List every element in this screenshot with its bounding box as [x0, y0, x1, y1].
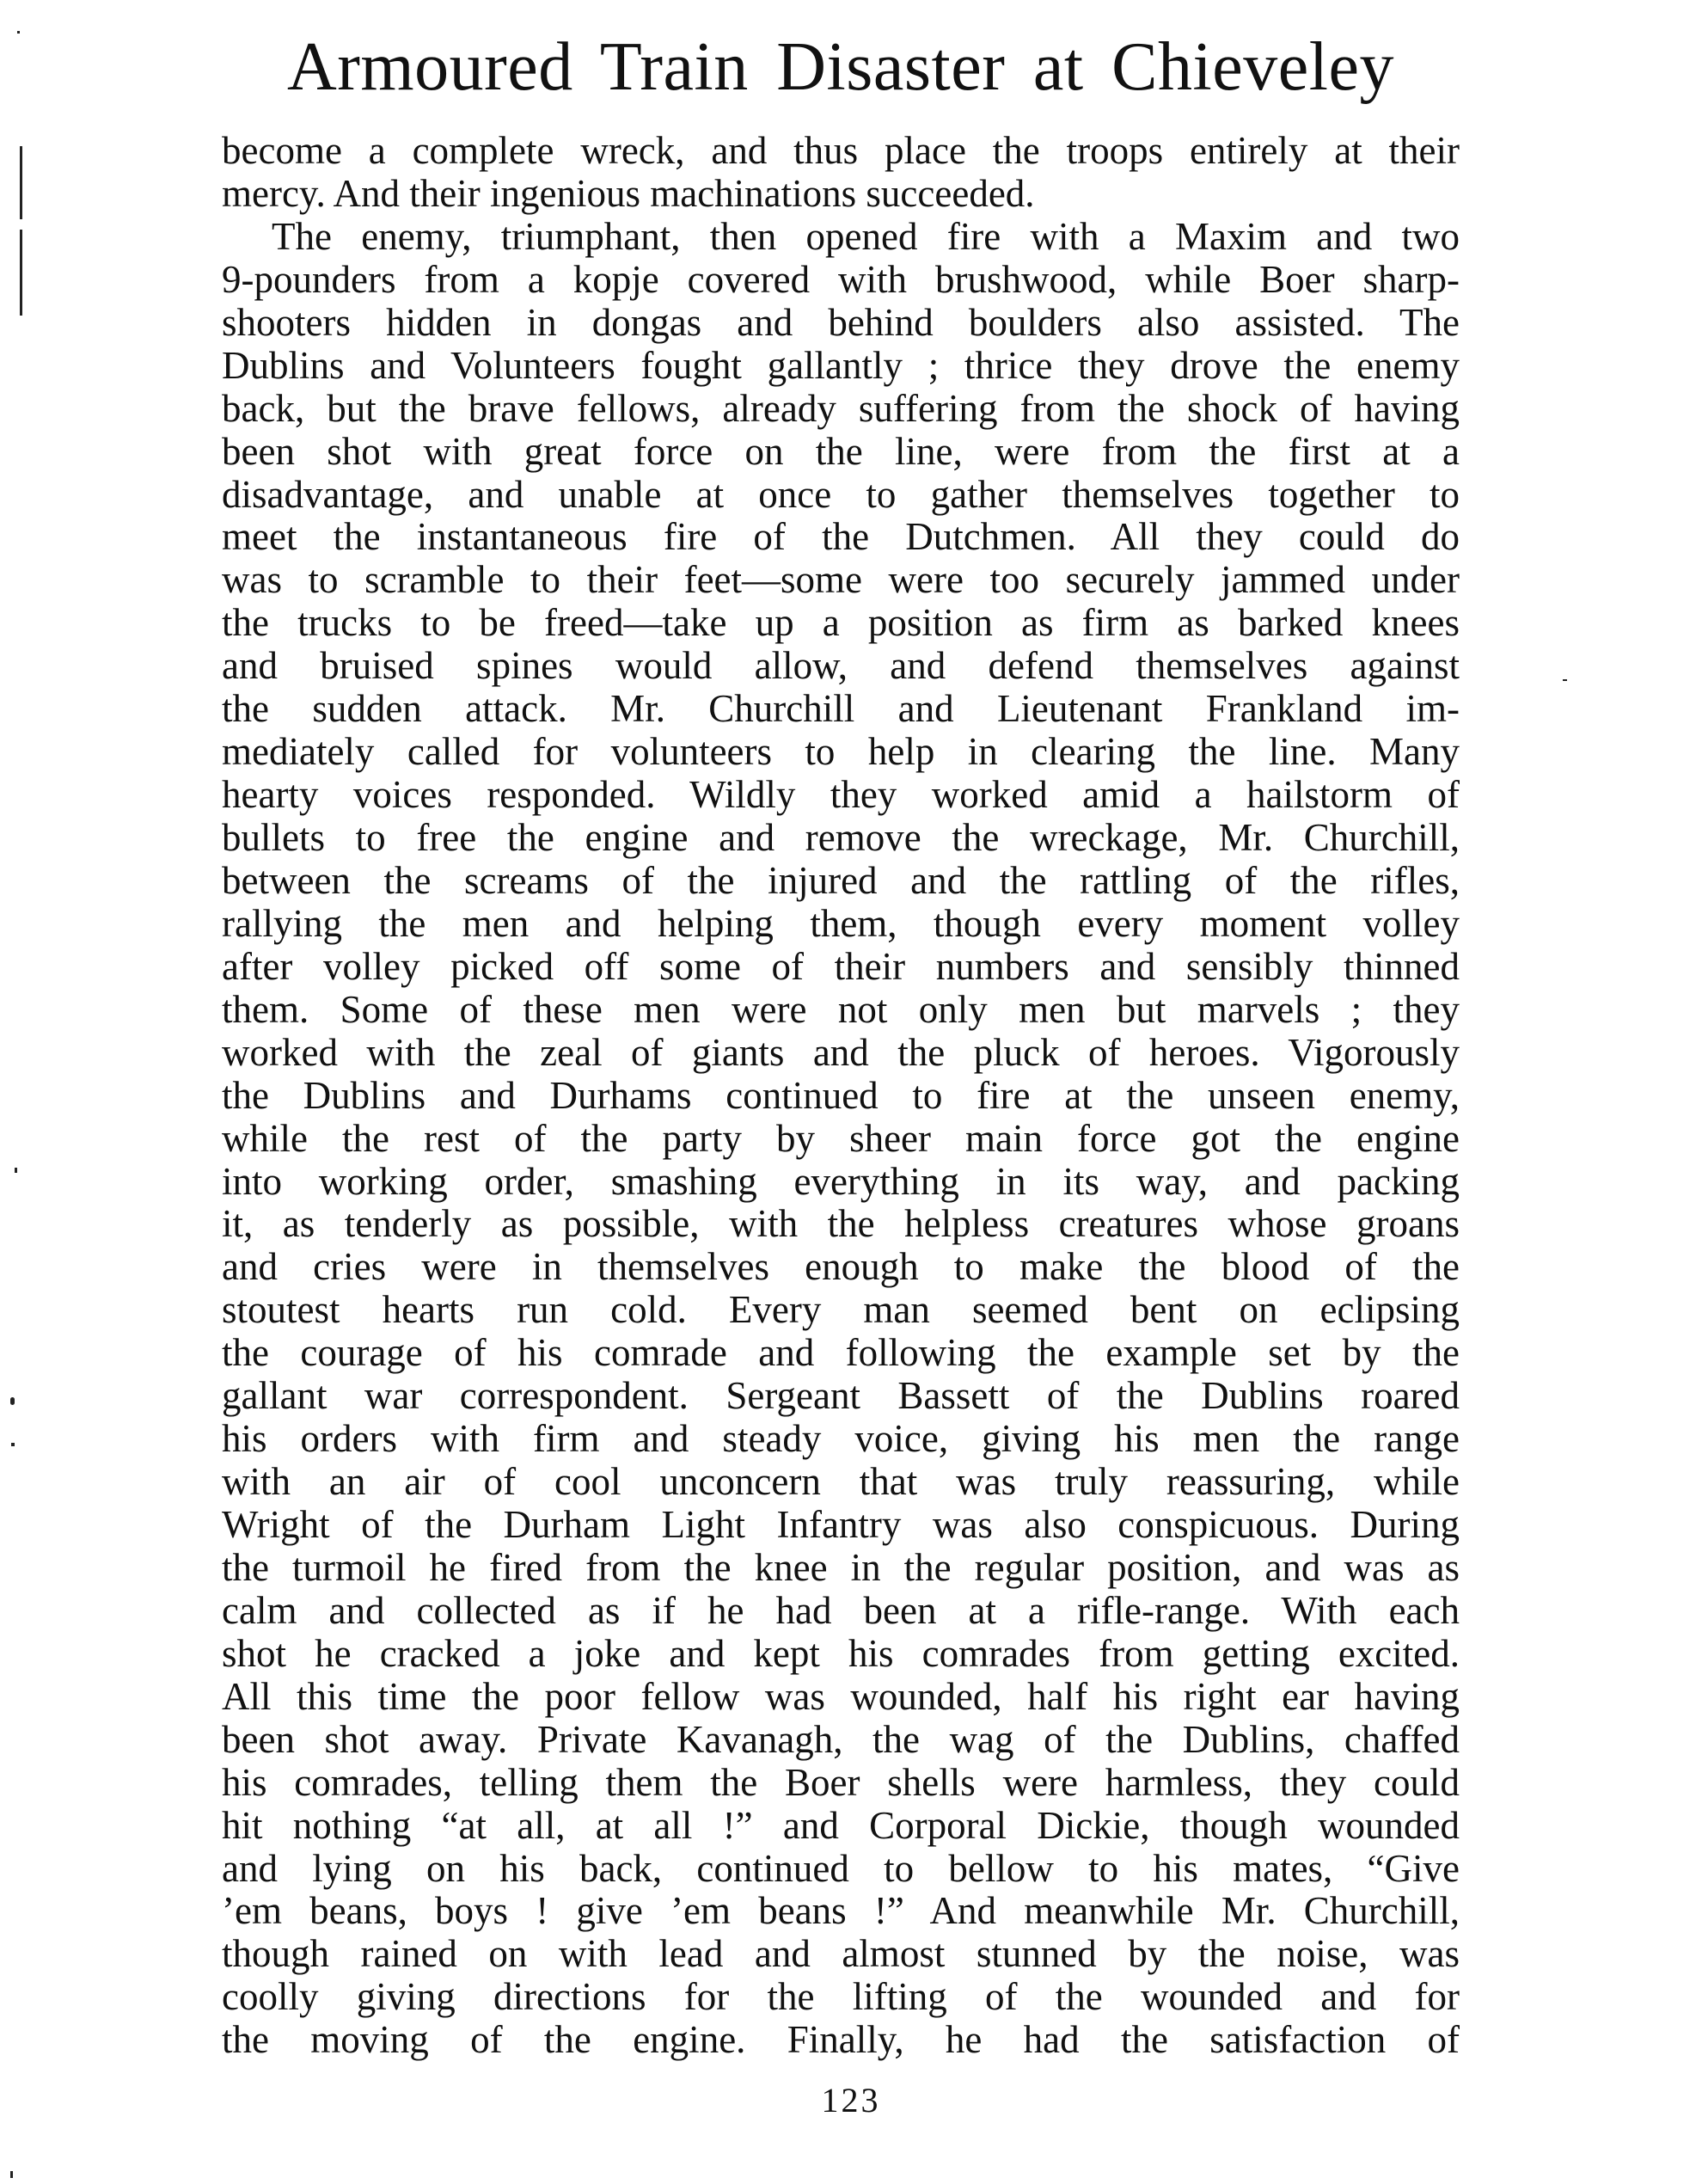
text-line: calm and collected as if he had been at … — [222, 1590, 1460, 1633]
text-line: mediately called for volunteers to help … — [222, 731, 1460, 774]
text-line: hit nothing “at all, at all !” and Corpo… — [222, 1805, 1460, 1848]
text-line: shot he cracked a joke and kept his comr… — [222, 1633, 1460, 1676]
scan-mark — [11, 1443, 15, 1446]
text-line: into working order, smashing everything … — [222, 1161, 1460, 1204]
text-line: mercy. And their ingenious machinations … — [222, 173, 1460, 216]
text-line: become a complete wreck, and thus place … — [222, 130, 1460, 173]
scan-mark — [20, 230, 22, 316]
scan-mark — [17, 31, 20, 34]
scan-mark — [10, 1397, 15, 1405]
text-line: been shot away. Private Kavanagh, the wa… — [222, 1719, 1460, 1762]
text-line: meet the instantaneous fire of the Dutch… — [222, 516, 1460, 559]
text-line: and bruised spines would allow, and defe… — [222, 645, 1460, 688]
text-line: and lying on his back, continued to bell… — [222, 1848, 1460, 1891]
scan-mark — [10, 2171, 13, 2178]
text-line: after volley picked off some of their nu… — [222, 946, 1460, 989]
body-text: become a complete wreck, and thus place … — [222, 130, 1460, 2062]
text-line: gallant war correspondent. Sergeant Bass… — [222, 1375, 1460, 1418]
scan-mark — [15, 1168, 17, 1173]
page-number: 123 — [0, 2079, 1702, 2122]
text-line: his comrades, telling them the Boer shel… — [222, 1762, 1460, 1805]
text-line: Wright of the Durham Light Infantry was … — [222, 1504, 1460, 1547]
text-line: All this time the poor fellow was wounde… — [222, 1676, 1460, 1719]
text-line: with an air of cool unconcern that was t… — [222, 1461, 1460, 1504]
text-line: them. Some of these men were not only me… — [222, 989, 1460, 1032]
text-line: bullets to free the engine and remove th… — [222, 817, 1460, 860]
text-line: ’em beans, boys ! give ’em beans !” And … — [222, 1890, 1460, 1933]
text-line: between the screams of the injured and t… — [222, 860, 1460, 903]
scan-mark — [1563, 679, 1567, 681]
text-line: worked with the zeal of giants and the p… — [222, 1032, 1460, 1075]
text-line: the turmoil he fired from the knee in th… — [222, 1547, 1460, 1590]
scan-mark — [20, 146, 22, 219]
text-line: been shot with great force on the line, … — [222, 431, 1460, 474]
text-line: 9-pounders from a kopje covered with bru… — [222, 259, 1460, 302]
text-line: shooters hidden in dongas and behind bou… — [222, 302, 1460, 345]
text-line: his orders with firm and steady voice, g… — [222, 1418, 1460, 1461]
text-line: disadvantage, and unable at once to gath… — [222, 474, 1460, 517]
text-line: and cries were in themselves enough to m… — [222, 1246, 1460, 1289]
text-line: the Dublins and Durhams continued to fir… — [222, 1075, 1460, 1118]
text-line: rallying the men and helping them, thoug… — [222, 903, 1460, 946]
text-line: stoutest hearts run cold. Every man seem… — [222, 1289, 1460, 1332]
text-line: while the rest of the party by sheer mai… — [222, 1118, 1460, 1161]
text-line: the courage of his comrade and following… — [222, 1332, 1460, 1375]
text-line: though rained on with lead and almost st… — [222, 1933, 1460, 1976]
text-line: it, as tenderly as possible, with the he… — [222, 1203, 1460, 1246]
text-line: the sudden attack. Mr. Churchill and Lie… — [222, 688, 1460, 731]
text-line: the moving of the engine. Finally, he ha… — [222, 2019, 1460, 2062]
text-line: hearty voices responded. Wildly they wor… — [222, 774, 1460, 817]
text-line: the trucks to be freed—take up a positio… — [222, 602, 1460, 645]
text-line: was to scramble to their feet—some were … — [222, 559, 1460, 602]
text-line: back, but the brave fellows, already suf… — [222, 388, 1460, 431]
running-head: Armoured Train Disaster at Chieveley — [222, 24, 1460, 110]
text-line: coolly giving directions for the lifting… — [222, 1976, 1460, 2019]
book-page: Armoured Train Disaster at Chieveley bec… — [0, 0, 1702, 2184]
text-line: Dublins and Volunteers fought gallantly … — [222, 345, 1460, 388]
text-line: The enemy, triumphant, then opened fire … — [222, 216, 1460, 259]
